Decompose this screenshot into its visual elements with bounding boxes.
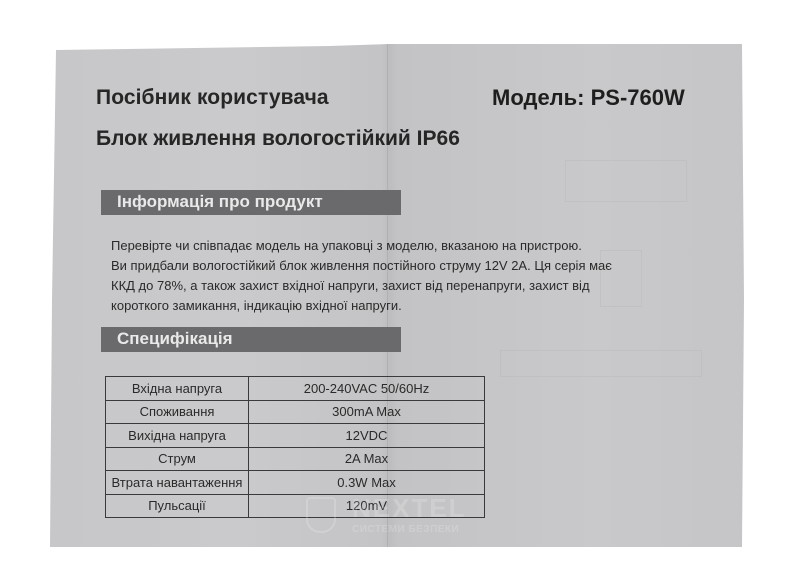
table-row: Вихідна напруга 12VDC xyxy=(106,424,485,448)
spec-value: 12VDC xyxy=(249,424,485,448)
spec-label: Вхідна напруга xyxy=(106,377,249,401)
info-line: ККД до 78%, а також захист вхідної напру… xyxy=(111,276,631,296)
spec-label: Вихідна напруга xyxy=(106,424,249,448)
product-subtitle: Блок живлення вологостійкий IP66 xyxy=(96,127,460,151)
table-row: Втрата навантаження 0.3W Max xyxy=(106,471,485,495)
spec-value: 2A Max xyxy=(249,447,485,471)
show-through-box xyxy=(500,350,702,377)
table-row: Вхідна напруга 200-240VAC 50/60Hz xyxy=(106,377,485,401)
spec-label: Струм xyxy=(106,447,249,471)
spec-label: Споживання xyxy=(106,400,249,424)
spec-value: 0.3W Max xyxy=(249,471,485,495)
table-row: Струм 2A Max xyxy=(106,447,485,471)
manual-page: Посібник користувача Модель: PS-760W Бло… xyxy=(0,0,795,585)
table-row: Споживання 300mA Max xyxy=(106,400,485,424)
watermark-tagline: СИСТЕМИ БЕЗПЕКИ xyxy=(352,524,459,535)
model-label: Модель: PS-760W xyxy=(492,85,685,111)
spec-value: 300mA Max xyxy=(249,400,485,424)
show-through-box xyxy=(565,160,687,202)
spec-label: Втрата навантаження xyxy=(106,471,249,495)
spec-label: Пульсації xyxy=(106,494,249,518)
product-info-paragraph: Перевірте чи співпадає модель на упаковц… xyxy=(111,236,631,316)
section-header-product-info: Інформація про продукт xyxy=(101,190,401,215)
section-header-specification: Специфікація xyxy=(101,327,401,352)
shield-icon xyxy=(306,497,336,533)
manual-title: Посібник користувача xyxy=(96,86,329,110)
info-line: Ви придбали вологостійкий блок живлення … xyxy=(111,256,631,276)
spec-value: 200-240VAC 50/60Hz xyxy=(249,377,485,401)
info-line: Перевірте чи співпадає модель на упаковц… xyxy=(111,236,631,256)
section-heading: Специфікація xyxy=(117,329,233,349)
info-line: короткого замикання, індикацію вхідної н… xyxy=(111,296,631,316)
section-heading: Інформація про продукт xyxy=(117,192,323,212)
watermark-brand: NEXTEL xyxy=(352,493,467,524)
watermark: NEXTEL СИСТЕМИ БЕЗПЕКИ xyxy=(300,497,490,547)
